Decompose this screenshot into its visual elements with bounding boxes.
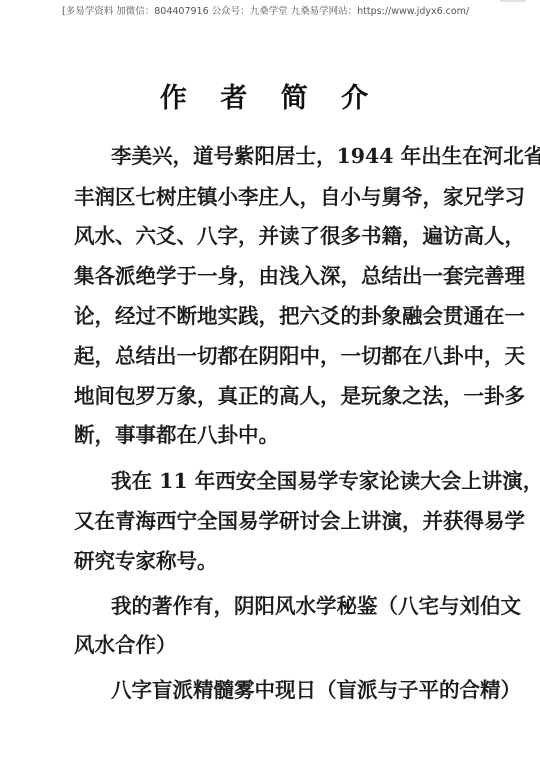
text-line: 八字盲派精髓雾中现日（盲派与子平的合精） [111,673,521,703]
text-line: 我的著作有，阴阳风水学秘鉴（八宅与刘伯文 [111,589,521,619]
text-line: 丰润区七树庄镇小李庄人，自小与舅爷，家兄学习 [74,180,525,210]
watermark-header: [多易学资料 加微信：804407916 公众号：九桑学堂 九桑易学网站：htt… [62,3,469,17]
text-line: 论，经过不断地实践，把六爻的卦象融会贯通在一 [74,299,525,329]
text-line: 又在青海西宁全国易学研讨会上讲演，并获得易学 [74,504,525,534]
text-line: 研究专家称号。 [74,544,218,574]
text-line: 地间包罗万象，真正的高人，是玩象之法，一卦多 [74,379,525,409]
text-line: 集各派绝学于一身，由浅入深，总结出一套完善理 [74,259,525,289]
text-line: 风水、六爻、八字，并读了很多书籍，遍访高人， [74,219,525,249]
page-title: 作 者 简 介 [0,76,540,115]
corner-mark [500,0,526,2]
text-line: 断，事事都在八卦中。 [74,418,279,448]
text-line: 我在 11 年西安全国易学专家论读大会上讲演， [111,464,540,494]
text-line: 李美兴，道号紫阳居士，1944 年出生在河北省 [111,139,540,169]
text-line: 起，总结出一切都在阴阳中，一切都在八卦中，天 [74,339,525,369]
text-line: 风水合作） [74,628,177,658]
